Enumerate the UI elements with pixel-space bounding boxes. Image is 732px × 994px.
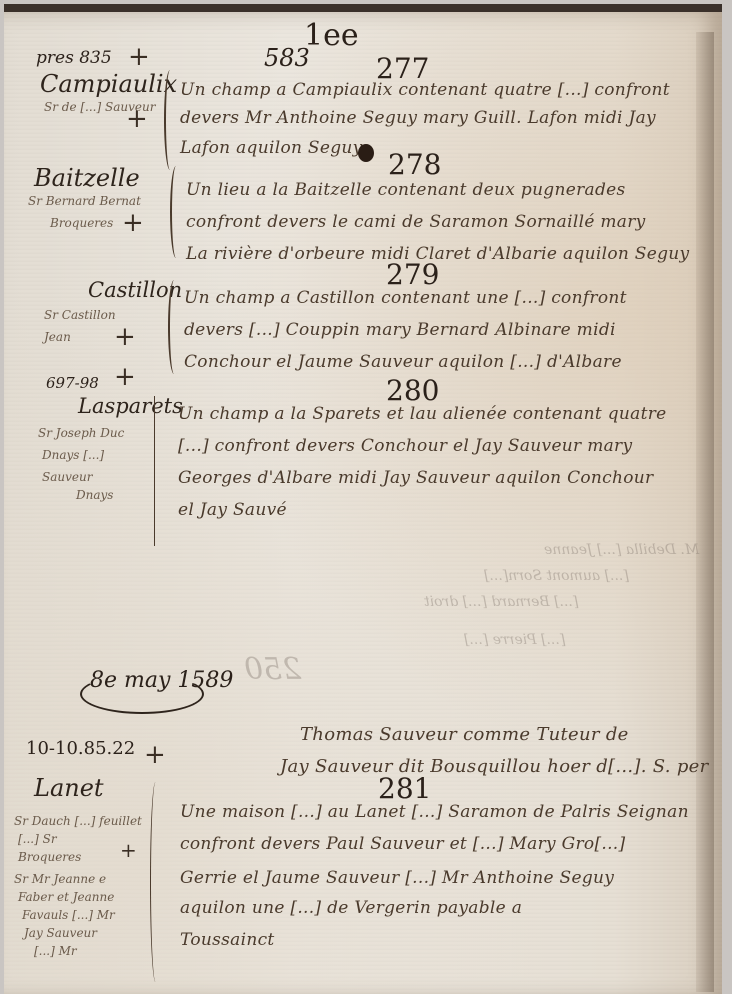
entry-line: Lafon aquilon Seguy (180, 138, 363, 158)
cross-mark: + (144, 740, 166, 770)
bleed-through-number: 250 (244, 652, 301, 687)
margin-name-278: Baitzelle (34, 164, 140, 192)
entry-line: Un champ a Campiaulix contenant quatre [… (180, 80, 670, 100)
margin-note-281: [...] Sr (18, 832, 57, 846)
cross-mark: + (114, 322, 136, 352)
entry-number-278: 278 (388, 148, 441, 181)
margin-note-278: Broqueres (50, 216, 113, 230)
margin-note-278: Sr Bernard Bernat (28, 194, 141, 208)
cross-mark: + (120, 838, 137, 862)
margin-name-281: Lanet (34, 774, 104, 802)
entry-brace (168, 280, 180, 374)
prior-number-277: 583 (264, 44, 310, 72)
bleed-through-text: [...] Bernard [...] droit (424, 594, 578, 610)
margin-note-280: Sauveur (42, 470, 92, 484)
margin-note-280: Sr Joseph Duc (38, 426, 124, 440)
cross-mark: + (126, 104, 148, 134)
entry-header-line: Jay Sauveur dit Bousquillou hoer d[...].… (280, 756, 709, 777)
margin-note-280: Dnays [...] (42, 448, 104, 462)
entry-line: [...] confront devers Conchour el Jay Sa… (178, 436, 632, 456)
entry-brace (150, 782, 161, 982)
margin-name-280: Lasparets (78, 394, 183, 418)
margin-note-281: Sr Dauch [...] feuillet (14, 814, 142, 828)
entry-line: Toussainct (180, 930, 275, 950)
entry-line: devers Mr Anthoine Seguy mary Guill. Laf… (180, 108, 656, 128)
margin-ref-277: pres 835 (36, 48, 112, 68)
manuscript-page: 1ee pres 835 + Campiaulix Sr de [...] Sa… (4, 4, 722, 994)
entry-line: confront devers Paul Sauveur et [...] Ma… (180, 834, 625, 854)
margin-ref-280: 697-98 (46, 374, 99, 392)
margin-note-280: Dnays (76, 488, 113, 502)
cross-mark: + (128, 42, 150, 72)
margin-ref-281: 10-10.85.22 (26, 738, 135, 759)
bleed-through-text: M. Debilla [...] Jeanne (544, 542, 699, 558)
margin-note-281: Broqueres (18, 850, 81, 864)
margin-note-281: Favauls [...] Mr (22, 908, 115, 922)
cross-mark: + (122, 208, 144, 238)
entry-line: el Jay Sauvé (178, 500, 287, 520)
entry-line: Conchour el Jaume Sauveur aquilon [...] … (184, 352, 622, 372)
entry-line: Une maison [...] au Lanet [...] Saramon … (180, 802, 689, 822)
entry-line: Gerrie el Jaume Sauveur [...] Mr Anthoin… (180, 868, 614, 888)
margin-note-279: Jean (44, 330, 71, 344)
entry-brace (154, 396, 165, 546)
entry-header-line: Thomas Sauveur comme Tuteur de (300, 724, 629, 745)
entry-number-281: 281 (378, 772, 431, 805)
entry-number-279: 279 (386, 258, 439, 291)
entry-line: aquilon une [...] de Vergerin payable a (180, 898, 522, 918)
bleed-through-text: [...] aumont Sorn[...] (484, 568, 629, 584)
entry-line: Georges d'Albare midi Jay Sauveur aquilo… (178, 468, 653, 488)
top-heading: 1ee (304, 18, 359, 53)
entry-line: Un lieu a la Baitzelle contenant deux pu… (186, 180, 626, 200)
margin-note-281: [...] Mr (34, 944, 77, 958)
ink-blot (358, 144, 374, 162)
date-flourish (80, 674, 204, 714)
entry-line: Un champ a la Sparets et lau alienée con… (178, 404, 667, 424)
margin-name-277: Campiaulix (40, 70, 177, 98)
cross-mark: + (114, 362, 136, 392)
entry-brace (170, 166, 182, 258)
margin-note-279: Sr Castillon (44, 308, 116, 322)
margin-note-281: Jay Sauveur (24, 926, 97, 940)
margin-name-279: Castillon (88, 278, 182, 302)
entry-line: devers [...] Couppin mary Bernard Albina… (184, 320, 616, 340)
entry-brace (164, 70, 176, 170)
entry-line: confront devers le cami de Saramon Sorna… (186, 212, 646, 232)
entry-number-280: 280 (386, 374, 439, 407)
margin-note-281: Sr Mr Jeanne e (14, 872, 106, 886)
page-edge-shadow (696, 32, 714, 992)
entry-line: Un champ a Castillon contenant une [...]… (184, 288, 627, 308)
bleed-through-text: [...] Pierre [...] (464, 632, 565, 648)
margin-note-281: Faber et Jeanne (18, 890, 114, 904)
